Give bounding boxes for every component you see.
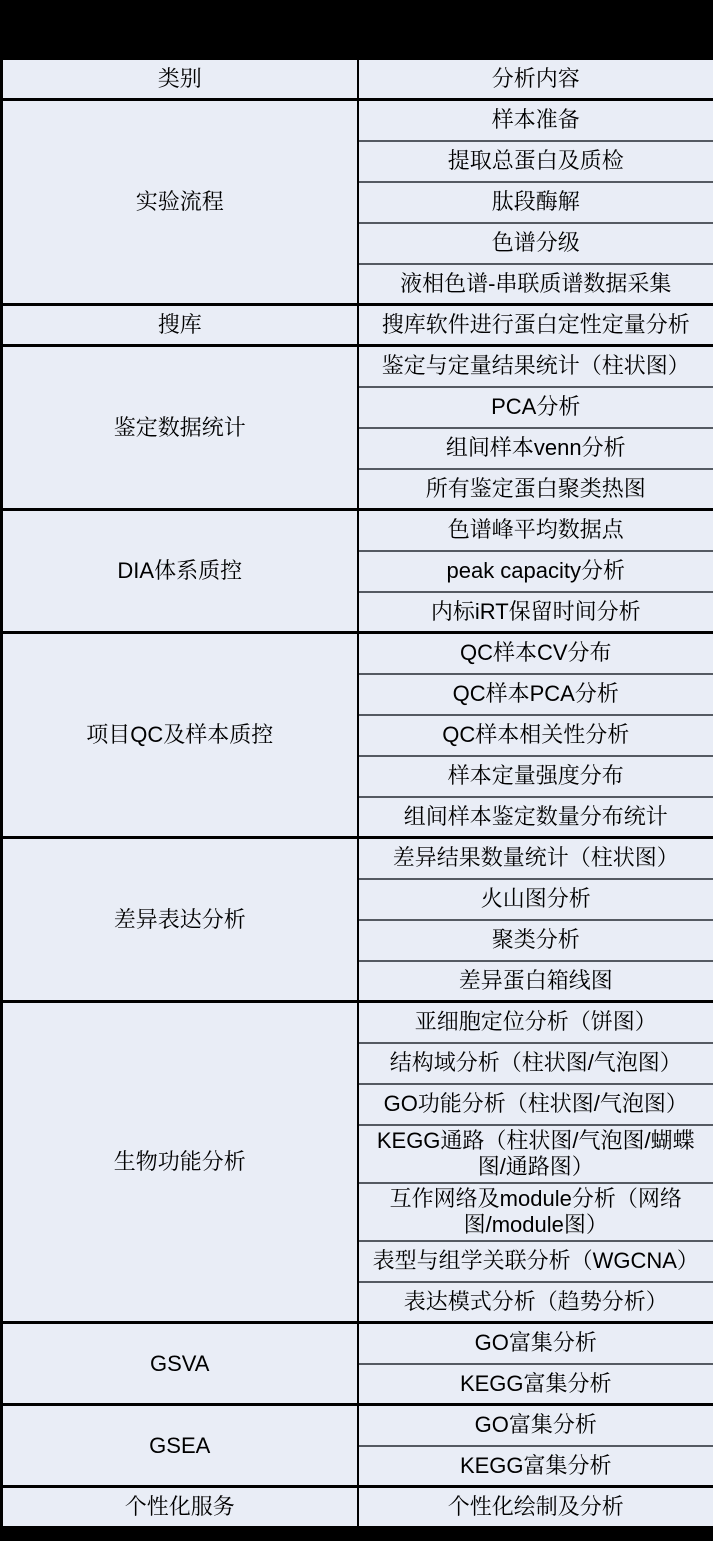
header-row: 类别 分析内容 [2,59,713,100]
analysis-item-cell: 组间样本鉴定数量分布统计 [358,797,713,838]
category-cell: 项目QC及样本质控 [2,633,358,838]
analysis-item-cell: KEGG富集分析 [358,1364,713,1405]
category-cell: DIA体系质控 [2,510,358,633]
analysis-item-cell: 表型与组学关联分析（WGCNA） [358,1241,713,1282]
table-row: DIA体系质控 色谱峰平均数据点 [2,510,713,551]
analysis-item-cell: 表达模式分析（趋势分析） [358,1282,713,1323]
header-content-cell: 分析内容 [358,59,713,100]
analysis-item-cell: 液相色谱-串联质谱数据采集 [358,264,713,305]
analysis-item-cell: 样本准备 [358,100,713,141]
analysis-item-cell: 个性化绘制及分析 [358,1487,713,1528]
analysis-item-cell: 鉴定与定量结果统计（柱状图） [358,346,713,387]
analysis-item-cell: 内标iRT保留时间分析 [358,592,713,633]
table-row: GSEA GO富集分析 [2,1405,713,1446]
page-frame: 类别 分析内容 实验流程 样本准备 提取总蛋白及质检 肽段酶解 色谱分级 液相色… [0,0,713,1541]
analysis-item-cell: QC样本CV分布 [358,633,713,674]
category-cell: GSVA [2,1323,358,1405]
header-category-cell: 类别 [2,59,358,100]
table-row: 生物功能分析 亚细胞定位分析（饼图） [2,1002,713,1043]
analysis-item-cell: 色谱分级 [358,223,713,264]
category-cell: 搜库 [2,305,358,346]
category-cell: 鉴定数据统计 [2,346,358,510]
analysis-item-cell: 互作网络及module分析（网络图/module图） [358,1183,713,1241]
category-cell: 生物功能分析 [2,1002,358,1323]
analysis-item-cell: KEGG通路（柱状图/气泡图/蝴蝶图/通路图） [358,1125,713,1183]
analysis-item-cell: 差异结果数量统计（柱状图） [358,838,713,879]
analysis-item-cell: GO功能分析（柱状图/气泡图） [358,1084,713,1125]
analysis-item-cell: 色谱峰平均数据点 [358,510,713,551]
table-row: 搜库 搜库软件进行蛋白定性定量分析 [2,305,713,346]
analysis-table: 类别 分析内容 实验流程 样本准备 提取总蛋白及质检 肽段酶解 色谱分级 液相色… [0,57,713,1529]
analysis-item-cell: GO富集分析 [358,1405,713,1446]
category-cell: GSEA [2,1405,358,1487]
table-row: 项目QC及样本质控 QC样本CV分布 [2,633,713,674]
analysis-item-cell: 组间样本venn分析 [358,428,713,469]
table-row: 鉴定数据统计 鉴定与定量结果统计（柱状图） [2,346,713,387]
analysis-item-cell: 样本定量强度分布 [358,756,713,797]
table-row: 个性化服务 个性化绘制及分析 [2,1487,713,1528]
analysis-item-cell: QC样本PCA分析 [358,674,713,715]
analysis-item-cell: 差异蛋白箱线图 [358,961,713,1002]
table-row: GSVA GO富集分析 [2,1323,713,1364]
analysis-item-cell: KEGG富集分析 [358,1446,713,1487]
table-row: 实验流程 样本准备 [2,100,713,141]
analysis-item-cell: GO富集分析 [358,1323,713,1364]
table-row: 差异表达分析 差异结果数量统计（柱状图） [2,838,713,879]
analysis-item-cell: 亚细胞定位分析（饼图） [358,1002,713,1043]
analysis-item-cell: peak capacity分析 [358,551,713,592]
analysis-item-cell: PCA分析 [358,387,713,428]
analysis-item-cell: 肽段酶解 [358,182,713,223]
analysis-item-cell: 提取总蛋白及质检 [358,141,713,182]
analysis-item-cell: QC样本相关性分析 [358,715,713,756]
category-cell: 差异表达分析 [2,838,358,1002]
analysis-item-cell: 火山图分析 [358,879,713,920]
analysis-item-cell: 结构域分析（柱状图/气泡图） [358,1043,713,1084]
analysis-item-cell: 所有鉴定蛋白聚类热图 [358,469,713,510]
category-cell: 个性化服务 [2,1487,358,1528]
category-cell: 实验流程 [2,100,358,305]
analysis-item-cell: 聚类分析 [358,920,713,961]
analysis-item-cell: 搜库软件进行蛋白定性定量分析 [358,305,713,346]
